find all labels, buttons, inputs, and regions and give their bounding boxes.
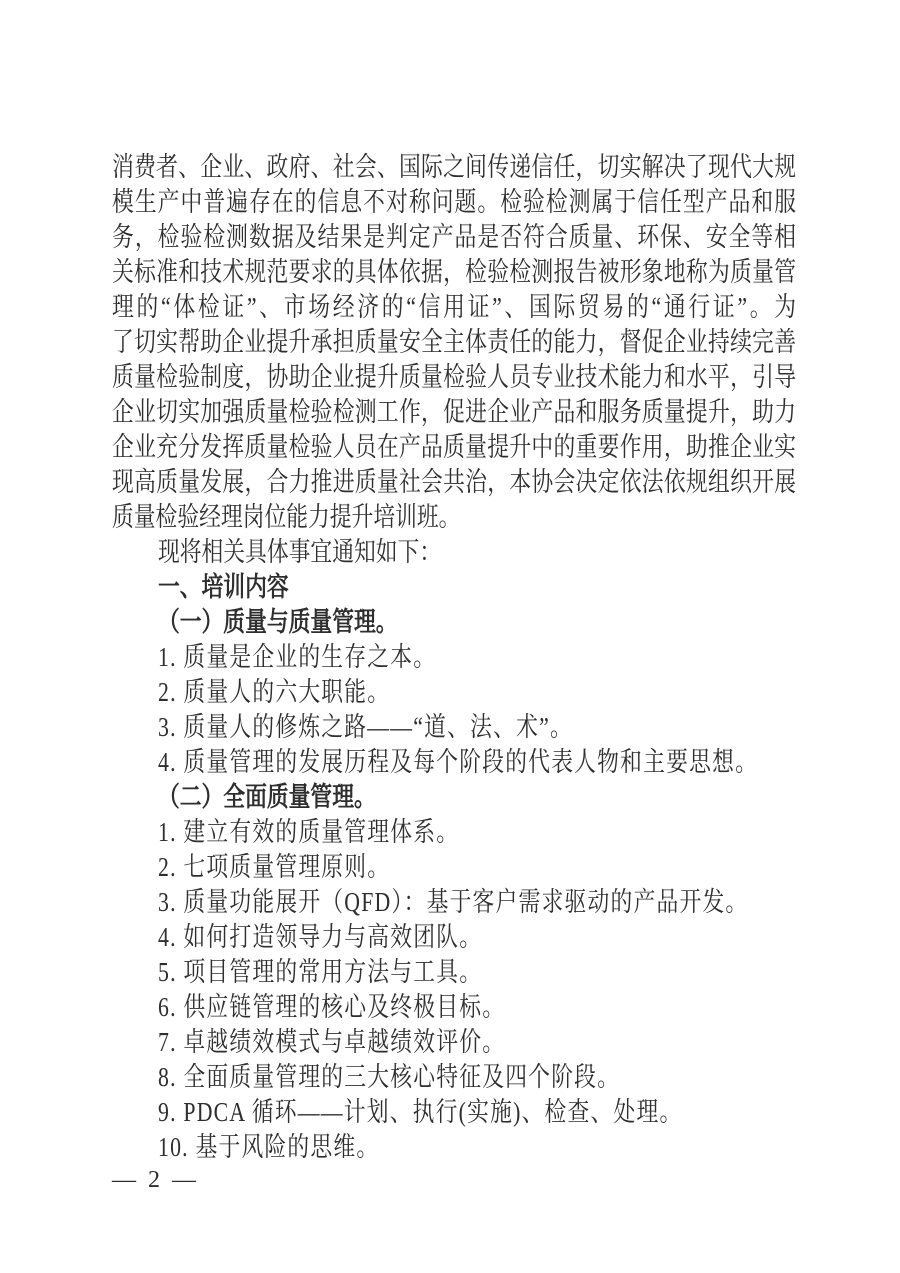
text-line: 1. 建立有效的质量管理体系。: [112, 815, 796, 850]
text-line: 9. PDCA 循环——计划、执行(实施)、检查、处理。: [112, 1095, 796, 1130]
text-line: 4. 如何打造领导力与高效团队。: [112, 920, 796, 955]
text-line: 5. 项目管理的常用方法与工具。: [112, 955, 796, 990]
text-line: 模生产中普遍存在的信息不对称问题。检验检测属于信任型产品和服: [112, 185, 796, 220]
text-line: 务，检验检测数据及结果是判定产品是否符合质量、环保、安全等相: [112, 220, 796, 255]
text-line: 7. 卓越绩效模式与卓越绩效评价。: [112, 1025, 796, 1060]
text-line: 质量检验制度，协助企业提升质量检验人员专业技术能力和水平，引导: [112, 360, 796, 395]
text-line: （一）质量与质量管理。: [112, 605, 796, 640]
text-line: 10. 基于风险的思维。: [112, 1130, 796, 1165]
text-line: 现将相关具体事宜通知如下：: [112, 535, 796, 570]
text-line: 企业切实加强质量检验检测工作，促进企业产品和服务质量提升，助力: [112, 395, 796, 430]
text-line: 6. 供应链管理的核心及终极目标。: [112, 990, 796, 1025]
text-line: 质量检验经理岗位能力提升培训班。: [112, 500, 796, 535]
scanned-document-page: 消费者、企业、政府、社会、国际之间传递信任，切实解决了现代大规模生产中普遍存在的…: [0, 0, 900, 1273]
document-body: 消费者、企业、政府、社会、国际之间传递信任，切实解决了现代大规模生产中普遍存在的…: [112, 150, 796, 1165]
text-line: 企业充分发挥质量检验人员在产品质量提升中的重要作用，助推企业实: [112, 430, 796, 465]
text-line: 了切实帮助企业提升承担质量安全主体责任的能力，督促企业持续完善: [112, 325, 796, 360]
text-line: 3. 质量功能展开（QFD）：基于客户需求驱动的产品开发。: [112, 885, 796, 920]
text-line: 消费者、企业、政府、社会、国际之间传递信任，切实解决了现代大规: [112, 150, 796, 185]
text-line: 现高质量发展，合力推进质量社会共治，本协会决定依法依规组织开展: [112, 465, 796, 500]
text-line: 2. 七项质量管理原则。: [112, 850, 796, 885]
text-line: 1. 质量是企业的生存之本。: [112, 640, 796, 675]
text-line: 理的“体检证”、市场经济的“信用证”、国际贸易的“通行证”。为: [112, 290, 796, 325]
text-line: 关标准和技术规范要求的具体依据，检验检测报告被形象地称为质量管: [112, 255, 796, 290]
text-line: 一、培训内容: [112, 570, 796, 605]
text-line: 4. 质量管理的发展历程及每个阶段的代表人物和主要思想。: [112, 745, 796, 780]
text-line: （二）全面质量管理。: [112, 780, 796, 815]
page-number: — 2 —: [112, 1166, 199, 1194]
text-line: 3. 质量人的修炼之路——“道、法、术”。: [112, 710, 796, 745]
text-line: 8. 全面质量管理的三大核心特征及四个阶段。: [112, 1060, 796, 1095]
text-line: 2. 质量人的六大职能。: [112, 675, 796, 710]
